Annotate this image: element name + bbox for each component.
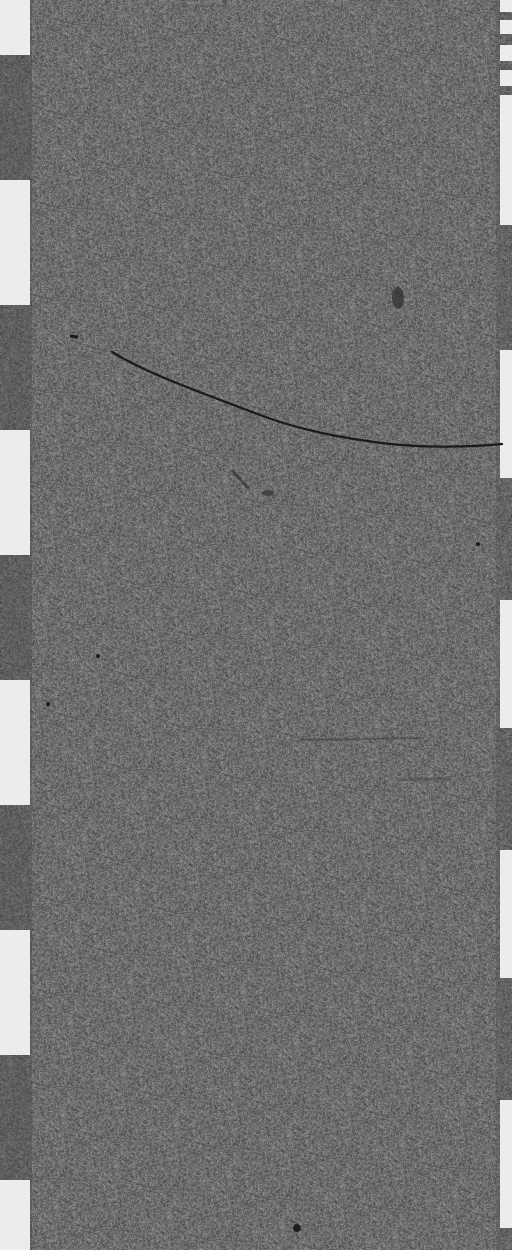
road-surface: [0, 0, 512, 1250]
crack: [112, 352, 502, 447]
scuff-mark: [232, 470, 248, 488]
faint-stain: [400, 778, 450, 780]
dark-spot: [262, 490, 274, 496]
crack-start-mark: [70, 336, 78, 337]
defects-overlay: [0, 0, 512, 1250]
debris-spot: [96, 654, 100, 658]
oil-stain: [392, 287, 404, 309]
faint-crack: [300, 738, 420, 740]
pothole-spot: [293, 1224, 301, 1232]
debris-spot: [476, 542, 480, 546]
debris-spot: [46, 702, 50, 706]
